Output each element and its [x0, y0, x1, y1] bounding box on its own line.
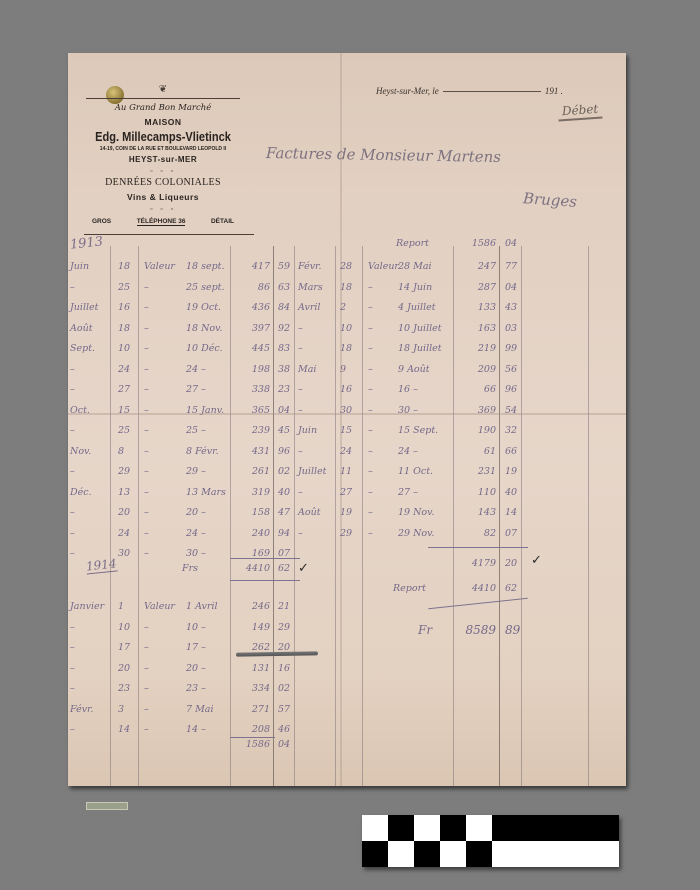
bracket-rule-2	[428, 598, 528, 609]
right-subtotal-fr: 4179	[452, 558, 496, 569]
entry-due: 27 –	[186, 384, 206, 395]
entry-due: 13 Mars	[186, 487, 226, 498]
entry-due: 15 Janv.	[186, 405, 224, 416]
sum-rule	[230, 558, 300, 559]
entry-desc: –	[368, 343, 373, 354]
entry-desc: –	[368, 507, 373, 518]
entry-ct: 99	[505, 343, 517, 354]
entry-day: 18	[118, 261, 130, 272]
entry-due: 19 Nov.	[398, 507, 434, 518]
heading-line-2: Bruges	[522, 189, 577, 211]
entry-fr: 431	[228, 446, 270, 457]
entry-day: 30	[340, 405, 352, 416]
rule	[138, 246, 139, 786]
letterhead-rule	[84, 234, 254, 235]
entry-month: –	[70, 282, 75, 293]
entry-desc: Valeur	[144, 601, 175, 612]
entry-fr: 190	[452, 425, 496, 436]
entry-fr: 271	[228, 704, 270, 715]
entry-ct: 66	[505, 446, 517, 457]
rule	[294, 246, 295, 786]
entry-day: 25	[118, 282, 130, 293]
entry-due: 4 Juillet	[398, 302, 436, 313]
grand-total-label: Fr	[418, 623, 432, 637]
entry-desc: Valeur	[144, 261, 175, 272]
entry-day: 24	[340, 446, 352, 457]
entry-fr: 158	[228, 507, 270, 518]
entry-ct: 54	[505, 405, 517, 416]
decorative-squares: ▫ ▫ ▫	[78, 167, 248, 175]
dateline-year: 191 .	[545, 86, 563, 96]
entry-fr: 319	[228, 487, 270, 498]
entry-fr: 66	[452, 384, 496, 395]
entry-due: 9 Août	[398, 364, 430, 375]
entry-fr: 163	[452, 323, 496, 334]
entry-due: 29 –	[186, 466, 206, 477]
entry-due: 17 –	[186, 642, 206, 653]
entry-fr: 261	[228, 466, 270, 477]
entry-desc: –	[368, 302, 373, 313]
entry-month: Nov.	[70, 446, 91, 457]
entry-day: 15	[118, 405, 130, 416]
entry-day: 10	[118, 622, 130, 633]
entry-month: –	[298, 405, 303, 416]
entry-day: 27	[340, 487, 352, 498]
entry-month: Juin	[298, 425, 317, 436]
entry-fr: 397	[228, 323, 270, 334]
entry-desc: –	[144, 487, 149, 498]
entry-month: Févr.	[70, 704, 94, 715]
entry-due: 18 Nov.	[186, 323, 222, 334]
report2-label: Report	[393, 583, 426, 594]
entry-day: 1	[118, 601, 124, 612]
entry-desc: –	[144, 642, 149, 653]
rule	[588, 246, 589, 786]
entry-desc: –	[144, 528, 149, 539]
entry-due: 30 –	[186, 548, 206, 559]
entry-day: 16	[340, 384, 352, 395]
firm-town: HEYST-sur-MER	[78, 155, 248, 164]
entry-desc: Valeur	[368, 261, 399, 272]
entry-fr: 208	[228, 724, 270, 735]
entry-due: 7 Mai	[186, 704, 214, 715]
entry-desc: –	[368, 446, 373, 457]
entry-day: 24	[118, 528, 130, 539]
entry-day: 29	[340, 528, 352, 539]
entry-fr: 143	[452, 507, 496, 518]
entry-due: 1 Avril	[186, 601, 218, 612]
entry-desc: –	[144, 323, 149, 334]
entry-fr: 231	[452, 466, 496, 477]
rule	[110, 246, 111, 786]
entry-day: 25	[118, 425, 130, 436]
entry-month: Juillet	[298, 466, 326, 477]
entry-due: 27 –	[398, 487, 418, 498]
entry-due: 24 –	[186, 364, 206, 375]
entry-ct: 46	[278, 724, 290, 735]
entry-ct: 38	[278, 364, 290, 375]
entry-desc: –	[144, 548, 149, 559]
contact-row: GROS TÉLÉPHONE 36 DÉTAIL	[78, 218, 248, 226]
entry-day: 20	[118, 507, 130, 518]
entry-day: 10	[340, 323, 352, 334]
entry-day: 19	[340, 507, 352, 518]
entry-ct: 14	[505, 507, 517, 518]
rule	[362, 246, 363, 786]
entry-ct: 21	[278, 601, 290, 612]
entry-day: 3	[118, 704, 124, 715]
subtotal-ct: 62	[278, 563, 290, 574]
entry-month: –	[298, 384, 303, 395]
entry-ct: 29	[278, 622, 290, 633]
year-1914: 1914	[85, 556, 117, 574]
entry-day: 14	[118, 724, 130, 735]
entry-ct: 32	[505, 425, 517, 436]
entry-ct: 45	[278, 425, 290, 436]
entry-due: 24 –	[186, 528, 206, 539]
entry-desc: –	[368, 384, 373, 395]
entry-day: 10	[118, 343, 130, 354]
entry-ct: 40	[278, 487, 290, 498]
entry-ct: 03	[505, 323, 517, 334]
entry-day: 16	[118, 302, 130, 313]
entry-fr: 239	[228, 425, 270, 436]
reference-scale-bar	[362, 815, 619, 867]
entry-due: 18 Juillet	[398, 343, 442, 354]
entry-fr: 86	[228, 282, 270, 293]
pencil-icon	[236, 651, 318, 656]
entry-day: 30	[118, 548, 130, 559]
entry-month: –	[70, 528, 75, 539]
rule	[335, 246, 336, 786]
entry-month: –	[70, 364, 75, 375]
entry-fr: 436	[228, 302, 270, 313]
entry-month: –	[70, 642, 75, 653]
debet-stamp: Débet	[557, 101, 602, 121]
entry-month: –	[298, 323, 303, 334]
entry-day: 24	[118, 364, 130, 375]
detail-label: DÉTAIL	[211, 218, 234, 226]
entry-fr: 287	[452, 282, 496, 293]
subtotal-label: Frs	[182, 563, 198, 574]
entry-day: 20	[118, 663, 130, 674]
entry-ct: 02	[278, 683, 290, 694]
letterhead: ❦ Au Grand Bon Marché MAISON Edg. Millec…	[78, 88, 248, 235]
entry-desc: –	[144, 405, 149, 416]
entry-due: 10 Juillet	[398, 323, 442, 334]
entry-month: Janvier	[70, 601, 104, 612]
heading-line-1: Factures de Monsieur Martens	[266, 144, 501, 166]
entry-month: Sept.	[70, 343, 95, 354]
entry-ct: 23	[278, 384, 290, 395]
trade-line: DENRÉES COLONIALES	[78, 177, 248, 188]
entry-desc: –	[368, 323, 373, 334]
entry-desc: –	[144, 466, 149, 477]
entry-fr: 198	[228, 364, 270, 375]
entry-month: –	[70, 466, 75, 477]
entry-ct: 94	[278, 528, 290, 539]
entry-day: 11	[340, 466, 352, 477]
entry-desc: –	[144, 425, 149, 436]
entry-desc: –	[144, 724, 149, 735]
entry-desc: –	[144, 683, 149, 694]
telephone-label: TÉLÉPHONE 36	[137, 218, 186, 226]
entry-month: Mars	[298, 282, 323, 293]
grand-total-ct: 89	[505, 623, 520, 637]
entry-fr: 82	[452, 528, 496, 539]
entry-due: 28 Mai	[398, 261, 432, 272]
entry-due: 25 –	[186, 425, 206, 436]
entry-desc: –	[368, 466, 373, 477]
entry-desc: –	[144, 343, 149, 354]
entry-desc: –	[368, 425, 373, 436]
entry-month: Juin	[70, 261, 89, 272]
entry-fr: 338	[228, 384, 270, 395]
entry-due: 25 sept.	[186, 282, 225, 293]
entry-due: 15 Sept.	[398, 425, 438, 436]
entry-due: 11 Oct.	[398, 466, 433, 477]
entry-due: 30 –	[398, 405, 418, 416]
entry-desc: –	[368, 528, 373, 539]
entry-desc: –	[368, 282, 373, 293]
entry-due: 14 Juin	[398, 282, 432, 293]
entry-fr: 110	[452, 487, 496, 498]
entry-fr: 240	[228, 528, 270, 539]
gros-label: GROS	[92, 218, 111, 226]
grand-total-fr: 8589	[448, 623, 496, 637]
left-total-ct: 04	[278, 739, 290, 750]
entry-fr: 247	[452, 261, 496, 272]
entry-due: 29 Nov.	[398, 528, 434, 539]
report2-fr: 4410	[452, 583, 496, 594]
rule	[521, 246, 522, 786]
bracket-rule	[428, 547, 528, 548]
entry-day: 13	[118, 487, 130, 498]
entry-fr: 246	[228, 601, 270, 612]
entry-fr: 133	[452, 302, 496, 313]
entry-fr: 209	[452, 364, 496, 375]
entry-month: –	[70, 683, 75, 694]
entry-due: 10 –	[186, 622, 206, 633]
entry-month: –	[70, 384, 75, 395]
year-1913: 1913	[69, 234, 103, 252]
entry-desc: –	[368, 364, 373, 375]
entry-ct: 02	[278, 466, 290, 477]
entry-ct: 40	[505, 487, 517, 498]
entry-due: 8 Févr.	[186, 446, 219, 457]
entry-desc: –	[144, 622, 149, 633]
entry-month: –	[70, 548, 75, 559]
entry-ct: 16	[278, 663, 290, 674]
entry-day: 23	[118, 683, 130, 694]
entry-ct: 84	[278, 302, 290, 313]
entry-ct: 07	[505, 528, 517, 539]
report-ct: 04	[505, 238, 517, 249]
report2-ct: 62	[505, 583, 517, 594]
entry-desc: –	[144, 446, 149, 457]
entry-fr: 131	[228, 663, 270, 674]
entry-ct: 04	[505, 282, 517, 293]
entry-ct: 77	[505, 261, 517, 272]
entry-month: –	[298, 446, 303, 457]
entry-day: 18	[340, 343, 352, 354]
entry-desc: –	[144, 364, 149, 375]
entry-due: 18 sept.	[186, 261, 225, 272]
wines-line: Vins & Liqueurs	[78, 192, 248, 202]
entry-ct: 19	[505, 466, 517, 477]
entry-month: –	[70, 622, 75, 633]
entry-ct: 92	[278, 323, 290, 334]
entry-day: 29	[118, 466, 130, 477]
entry-month: Févr.	[298, 261, 322, 272]
entry-ct: 83	[278, 343, 290, 354]
inventory-tag	[86, 802, 128, 810]
entry-fr: 334	[228, 683, 270, 694]
entry-ct: 96	[278, 446, 290, 457]
entry-due: 20 –	[186, 663, 206, 674]
right-subtotal-ct: 20	[505, 558, 517, 569]
entry-month: –	[70, 425, 75, 436]
report-label: Report	[396, 238, 429, 249]
rule	[499, 246, 500, 786]
entry-due: 14 –	[186, 724, 206, 735]
entry-fr: 417	[228, 261, 270, 272]
entry-fr: 149	[228, 622, 270, 633]
dateline: Heyst-sur-Mer, le191 .	[376, 86, 563, 96]
entry-due: 23 –	[186, 683, 206, 694]
entry-desc: –	[144, 384, 149, 395]
entry-fr: 365	[228, 405, 270, 416]
entry-day: 27	[118, 384, 130, 395]
entry-fr: 219	[452, 343, 496, 354]
entry-month: –	[298, 528, 303, 539]
entry-ct: 43	[505, 302, 517, 313]
entry-due: 19 Oct.	[186, 302, 221, 313]
entry-month: –	[70, 724, 75, 735]
entry-due: 16 –	[398, 384, 418, 395]
entry-day: 18	[340, 282, 352, 293]
entry-day: 28	[340, 261, 352, 272]
shop-name: Au Grand Bon Marché	[78, 103, 248, 113]
entry-fr: 445	[228, 343, 270, 354]
check-mark-icon: ✓	[298, 561, 309, 576]
entry-ct: 57	[278, 704, 290, 715]
entry-desc: –	[144, 302, 149, 313]
entry-day: 18	[118, 323, 130, 334]
entry-month: –	[298, 487, 303, 498]
sum-double-rule	[230, 580, 300, 581]
ornament-top: ❦	[86, 88, 240, 99]
report-fr: 1586	[452, 238, 496, 249]
entry-day: 17	[118, 642, 130, 653]
entry-day: 9	[340, 364, 346, 375]
firm-name: Edg. Millecamps-Vlietinck	[91, 129, 236, 144]
entry-fr: 369	[452, 405, 496, 416]
entry-ct: 63	[278, 282, 290, 293]
entry-desc: –	[368, 405, 373, 416]
left-total-fr: 1586	[228, 739, 270, 750]
entry-due: 24 –	[398, 446, 418, 457]
invoice-sheet: ❦ Au Grand Bon Marché MAISON Edg. Millec…	[68, 53, 626, 786]
entry-ct: 47	[278, 507, 290, 518]
entry-fr: 61	[452, 446, 496, 457]
entry-ct: 59	[278, 261, 290, 272]
entry-month: Août	[298, 507, 321, 518]
check-mark-icon: ✓	[531, 553, 542, 568]
entry-month: Déc.	[70, 487, 92, 498]
entry-due: 20 –	[186, 507, 206, 518]
decorative-squares-2: ▫ ▫ ▫	[78, 205, 248, 213]
entry-desc: –	[368, 487, 373, 498]
entry-ct: 56	[505, 364, 517, 375]
maison-label: MAISON	[78, 117, 248, 127]
entry-desc: –	[144, 663, 149, 674]
entry-month: Juillet	[70, 302, 98, 313]
entry-ct: 96	[505, 384, 517, 395]
entry-month: Mai	[298, 364, 316, 375]
entry-day: 2	[340, 302, 346, 313]
entry-due: 10 Déc.	[186, 343, 223, 354]
entry-month: –	[298, 343, 303, 354]
entry-month: –	[70, 507, 75, 518]
entry-month: Avril	[298, 302, 320, 313]
entry-desc: –	[144, 282, 149, 293]
subtotal-fr: 4410	[228, 563, 270, 574]
entry-month: Oct.	[70, 405, 90, 416]
entry-day: 15	[340, 425, 352, 436]
entry-month: –	[70, 663, 75, 674]
entry-desc: –	[144, 507, 149, 518]
firm-address: 14-19, COIN DE LA RUE ET BOULEVARD LEOPO…	[78, 146, 248, 152]
dateline-place: Heyst-sur-Mer, le	[376, 86, 439, 96]
entry-day: 8	[118, 446, 124, 457]
rule	[273, 246, 274, 786]
entry-desc: –	[144, 704, 149, 715]
sum-rule-2	[230, 737, 275, 738]
entry-ct: 04	[278, 405, 290, 416]
date-blank-line	[443, 91, 541, 92]
entry-month: Août	[70, 323, 93, 334]
